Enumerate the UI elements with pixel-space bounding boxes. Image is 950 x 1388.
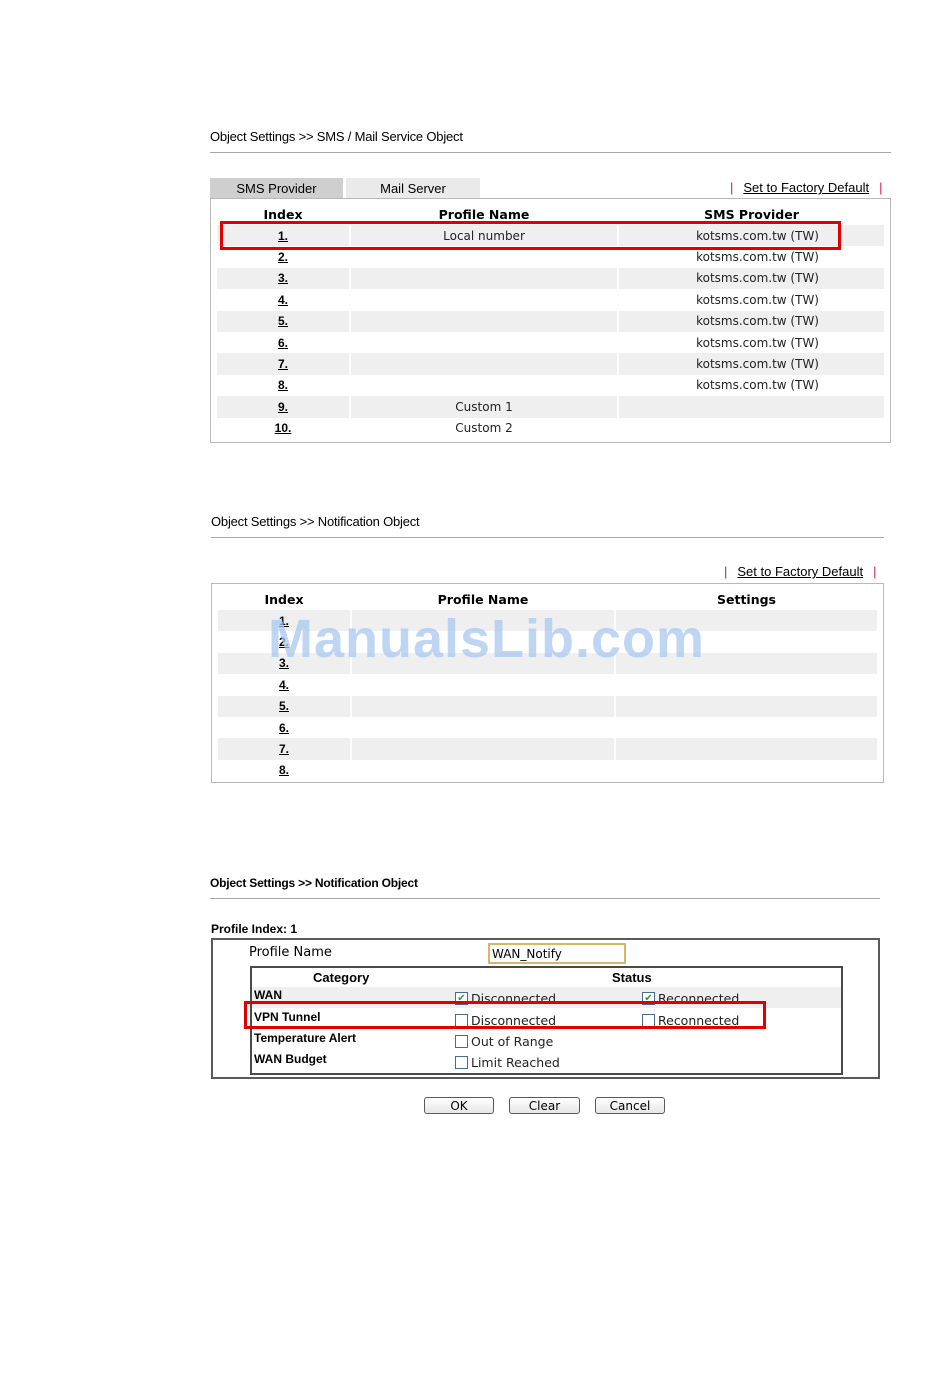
sms-provider-cell: kotsms.com.tw (TW) — [619, 289, 884, 310]
index-link[interactable]: 5. — [278, 314, 288, 328]
index-link[interactable]: 2. — [278, 250, 288, 264]
index-link[interactable]: 3. — [279, 656, 289, 670]
profile-name-label: Profile Name — [249, 945, 332, 960]
profile-name-cell — [351, 289, 617, 310]
sms-provider-cell: kotsms.com.tw (TW) — [619, 311, 884, 332]
profile-name-cell — [351, 375, 617, 396]
settings-cell — [616, 653, 877, 674]
index-link[interactable]: 1. — [279, 614, 289, 628]
divider — [210, 152, 891, 153]
index-link[interactable]: 10. — [275, 421, 292, 435]
index-cell: 10. — [217, 418, 349, 439]
index-link[interactable]: 8. — [279, 763, 289, 777]
settings-cell — [616, 674, 877, 695]
profile-name-cell — [352, 653, 614, 674]
status-header: Status — [612, 970, 652, 985]
index-link[interactable]: 5. — [279, 699, 289, 713]
cancel-button[interactable]: Cancel — [595, 1097, 665, 1114]
table-row: 5.kotsms.com.tw (TW) — [217, 311, 884, 332]
profile-name-cell — [351, 268, 617, 289]
index-link[interactable]: 6. — [278, 336, 288, 350]
index-link[interactable]: 7. — [278, 357, 288, 371]
index-link[interactable]: 8. — [278, 378, 288, 392]
profile-name-input[interactable] — [488, 943, 626, 964]
divider — [211, 537, 884, 538]
sms-provider-cell: kotsms.com.tw (TW) — [619, 375, 884, 396]
table-row: 7. — [218, 738, 877, 759]
table-row: 4.kotsms.com.tw (TW) — [217, 289, 884, 310]
sms-provider-cell: kotsms.com.tw (TW) — [619, 268, 884, 289]
table-row: 7.kotsms.com.tw (TW) — [217, 353, 884, 374]
index-link[interactable]: 6. — [279, 721, 289, 735]
table-row: 8. — [218, 760, 877, 781]
profile-name-cell — [352, 696, 614, 717]
index-cell: 2. — [218, 631, 350, 652]
profile-section-title: Object Settings >> Notification Object — [210, 876, 418, 890]
highlight-box — [220, 221, 841, 250]
sms-provider-cell: kotsms.com.tw (TW) — [619, 353, 884, 374]
col-settings: Settings — [616, 588, 877, 610]
status-checkbox[interactable]: Out of Range — [455, 1034, 553, 1049]
factory-default-bar: | Set to Factory Default | — [724, 564, 877, 579]
profile-name-cell — [352, 760, 614, 781]
col-index: Index — [218, 588, 350, 610]
separator: | — [879, 180, 882, 195]
table-row: 8.kotsms.com.tw (TW) — [217, 375, 884, 396]
tab-mail-server[interactable]: Mail Server — [346, 178, 480, 199]
notification-panel: Index Profile Name Settings 1.2.3.4.5.6.… — [211, 583, 884, 783]
category-header: Category — [313, 970, 369, 985]
separator: | — [873, 564, 876, 579]
ok-button[interactable]: OK — [424, 1097, 494, 1114]
settings-cell — [616, 738, 877, 759]
index-cell: 9. — [217, 396, 349, 417]
table-row: 5. — [218, 696, 877, 717]
tab-sms-provider[interactable]: SMS Provider — [210, 178, 343, 199]
col-profile-name: Profile Name — [352, 588, 614, 610]
factory-default-bar: | Set to Factory Default | — [730, 180, 883, 195]
profile-name-cell: Custom 2 — [351, 418, 617, 439]
highlight-box — [244, 1001, 766, 1029]
divider — [210, 898, 880, 899]
sms-provider-cell: kotsms.com.tw (TW) — [619, 332, 884, 353]
settings-cell — [616, 631, 877, 652]
index-link[interactable]: 7. — [279, 742, 289, 756]
category-label: Temperature Alert — [254, 1031, 356, 1045]
table-row: 2. — [218, 631, 877, 652]
index-cell: 4. — [218, 674, 350, 695]
index-link[interactable]: 3. — [278, 271, 288, 285]
sms-section-title: Object Settings >> SMS / Mail Service Ob… — [210, 129, 463, 144]
profile-name-cell — [352, 610, 614, 631]
profile-name-cell — [352, 738, 614, 759]
index-cell: 4. — [217, 289, 349, 310]
index-cell: 5. — [217, 311, 349, 332]
index-link[interactable]: 2. — [279, 635, 289, 649]
table-row: 3. — [218, 653, 877, 674]
table-row: 10.Custom 2 — [217, 418, 884, 439]
separator: | — [730, 180, 733, 195]
sms-provider-cell — [619, 418, 884, 439]
status-checkbox[interactable]: Limit Reached — [455, 1055, 560, 1070]
set-factory-default-link[interactable]: Set to Factory Default — [743, 180, 869, 195]
index-link[interactable]: 4. — [279, 678, 289, 692]
profile-name-cell — [352, 717, 614, 738]
sms-provider-cell — [619, 396, 884, 417]
set-factory-default-link[interactable]: Set to Factory Default — [737, 564, 863, 579]
profile-name-cell — [352, 674, 614, 695]
index-cell: 7. — [217, 353, 349, 374]
table-row: 6. — [218, 717, 877, 738]
profile-name-cell — [351, 353, 617, 374]
checkbox-label: Limit Reached — [471, 1055, 560, 1070]
notify-section-title: Object Settings >> Notification Object — [211, 514, 419, 529]
checkbox-unchecked-icon[interactable] — [455, 1056, 468, 1069]
table-row: 9.Custom 1 — [217, 396, 884, 417]
checkbox-unchecked-icon[interactable] — [455, 1035, 468, 1048]
index-cell: 1. — [218, 610, 350, 631]
index-link[interactable]: 4. — [278, 293, 288, 307]
index-cell: 6. — [217, 332, 349, 353]
clear-button[interactable]: Clear — [509, 1097, 580, 1114]
index-cell: 7. — [218, 738, 350, 759]
category-label: WAN — [254, 988, 282, 1002]
profile-name-cell — [351, 311, 617, 332]
index-cell: 3. — [217, 268, 349, 289]
profile-name-cell: Custom 1 — [351, 396, 617, 417]
settings-cell — [616, 717, 877, 738]
category-label: WAN Budget — [254, 1052, 327, 1066]
separator: | — [724, 564, 727, 579]
table-row: 1. — [218, 610, 877, 631]
index-cell: 8. — [218, 760, 350, 781]
index-link[interactable]: 9. — [278, 400, 288, 414]
table-row: 3.kotsms.com.tw (TW) — [217, 268, 884, 289]
index-cell: 8. — [217, 375, 349, 396]
table-row: 4. — [218, 674, 877, 695]
index-cell: 6. — [218, 717, 350, 738]
settings-cell — [616, 610, 877, 631]
profile-index-label: Profile Index: 1 — [211, 922, 297, 936]
settings-cell — [616, 760, 877, 781]
notification-table: Index Profile Name Settings 1.2.3.4.5.6.… — [216, 588, 879, 781]
index-cell: 3. — [218, 653, 350, 674]
checkbox-label: Out of Range — [471, 1034, 553, 1049]
table-row: 6.kotsms.com.tw (TW) — [217, 332, 884, 353]
profile-name-cell — [351, 332, 617, 353]
profile-name-cell — [352, 631, 614, 652]
settings-cell — [616, 696, 877, 717]
index-cell: 5. — [218, 696, 350, 717]
